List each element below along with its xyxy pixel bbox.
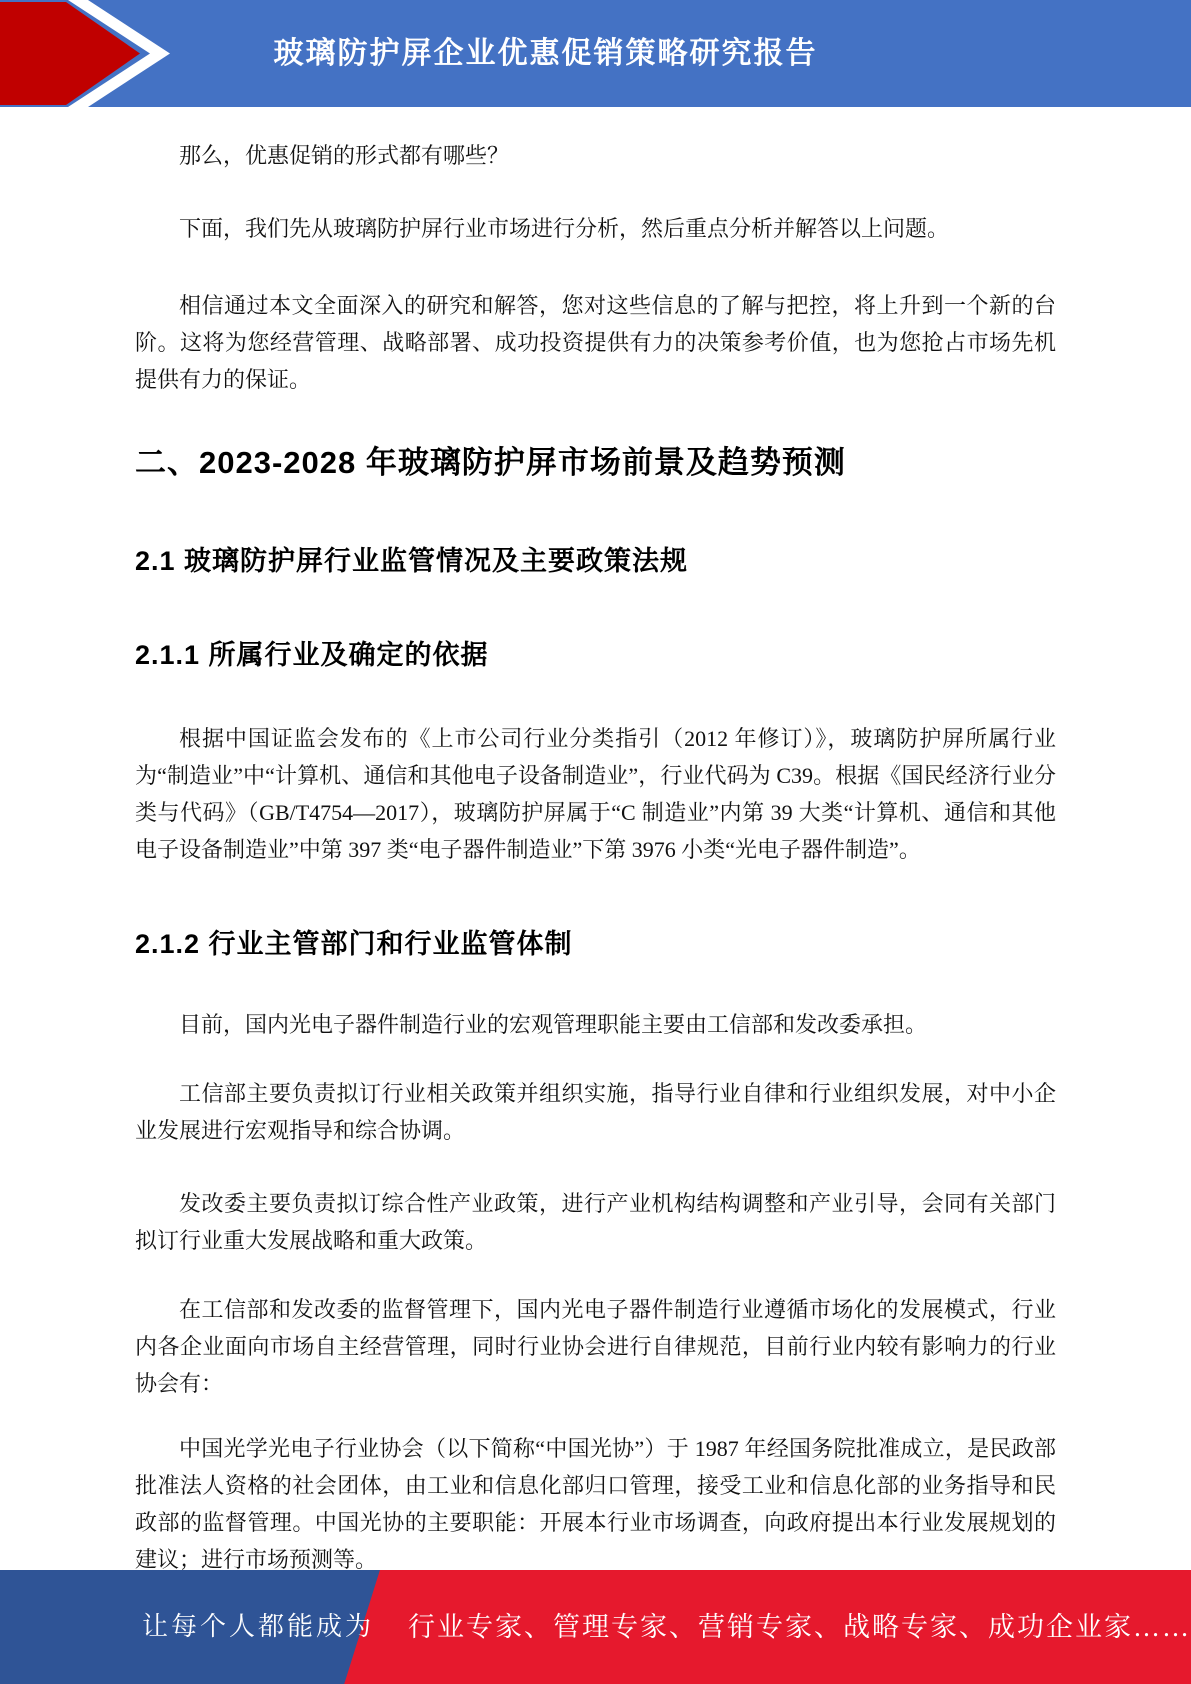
footer-slogan-right: 行业专家、管理专家、营销专家、战略专家、成功企业家……	[408, 1570, 1191, 1684]
report-title: 玻璃防护屏企业优惠促销策略研究报告	[160, 0, 931, 107]
paragraph: 中国光学光电子行业协会（以下简称“中国光协”）于 1987 年经国务院批准成立，…	[135, 1430, 1056, 1578]
paragraph: 发改委主要负责拟订综合性产业政策，进行产业机构结构调整和产业引导，会同有关部门拟…	[135, 1185, 1056, 1259]
paragraph: 那么，优惠促销的形式都有哪些？	[135, 137, 1056, 174]
footer-banner: 让每个人都能成为 行业专家、管理专家、营销专家、战略专家、成功企业家……	[0, 1570, 1191, 1684]
header-arrow-icon	[0, 0, 175, 107]
paragraph: 相信通过本文全面深入的研究和解答，您对这些信息的了解与把控，将上升到一个新的台阶…	[135, 287, 1056, 398]
paragraph: 在工信部和发改委的监督管理下，国内光电子器件制造行业遵循市场化的发展模式，行业内…	[135, 1291, 1056, 1402]
footer-slogan-left: 让每个人都能成为	[142, 1570, 374, 1684]
page-body: 那么，优惠促销的形式都有哪些？ 下面，我们先从玻璃防护屏行业市场进行分析，然后重…	[135, 107, 1056, 1637]
subsection-heading-2-1: 2.1 玻璃防护屏行业监管情况及主要政策法规	[135, 545, 1056, 579]
paragraph: 下面，我们先从玻璃防护屏行业市场进行分析，然后重点分析并解答以上问题。	[135, 210, 1056, 247]
report-page: 玻璃防护屏企业优惠促销策略研究报告 那么，优惠促销的形式都有哪些？ 下面，我们先…	[0, 0, 1191, 1684]
subsection-heading-2-1-1: 2.1.1 所属行业及确定的依据	[135, 639, 1056, 673]
paragraph: 目前，国内光电子器件制造行业的宏观管理职能主要由工信部和发改委承担。	[135, 1006, 1056, 1043]
subsection-heading-2-1-2: 2.1.2 行业主管部门和行业监管体制	[135, 928, 1056, 962]
paragraph: 工信部主要负责拟订行业相关政策并组织实施，指导行业自律和行业组织发展，对中小企业…	[135, 1075, 1056, 1149]
paragraph: 根据中国证监会发布的《上市公司行业分类指引（2012 年修订）》，玻璃防护屏所属…	[135, 720, 1056, 868]
header-banner: 玻璃防护屏企业优惠促销策略研究报告	[0, 0, 1191, 107]
section-heading-2: 二、2023-2028 年玻璃防护屏市场前景及趋势预测	[135, 444, 1056, 483]
